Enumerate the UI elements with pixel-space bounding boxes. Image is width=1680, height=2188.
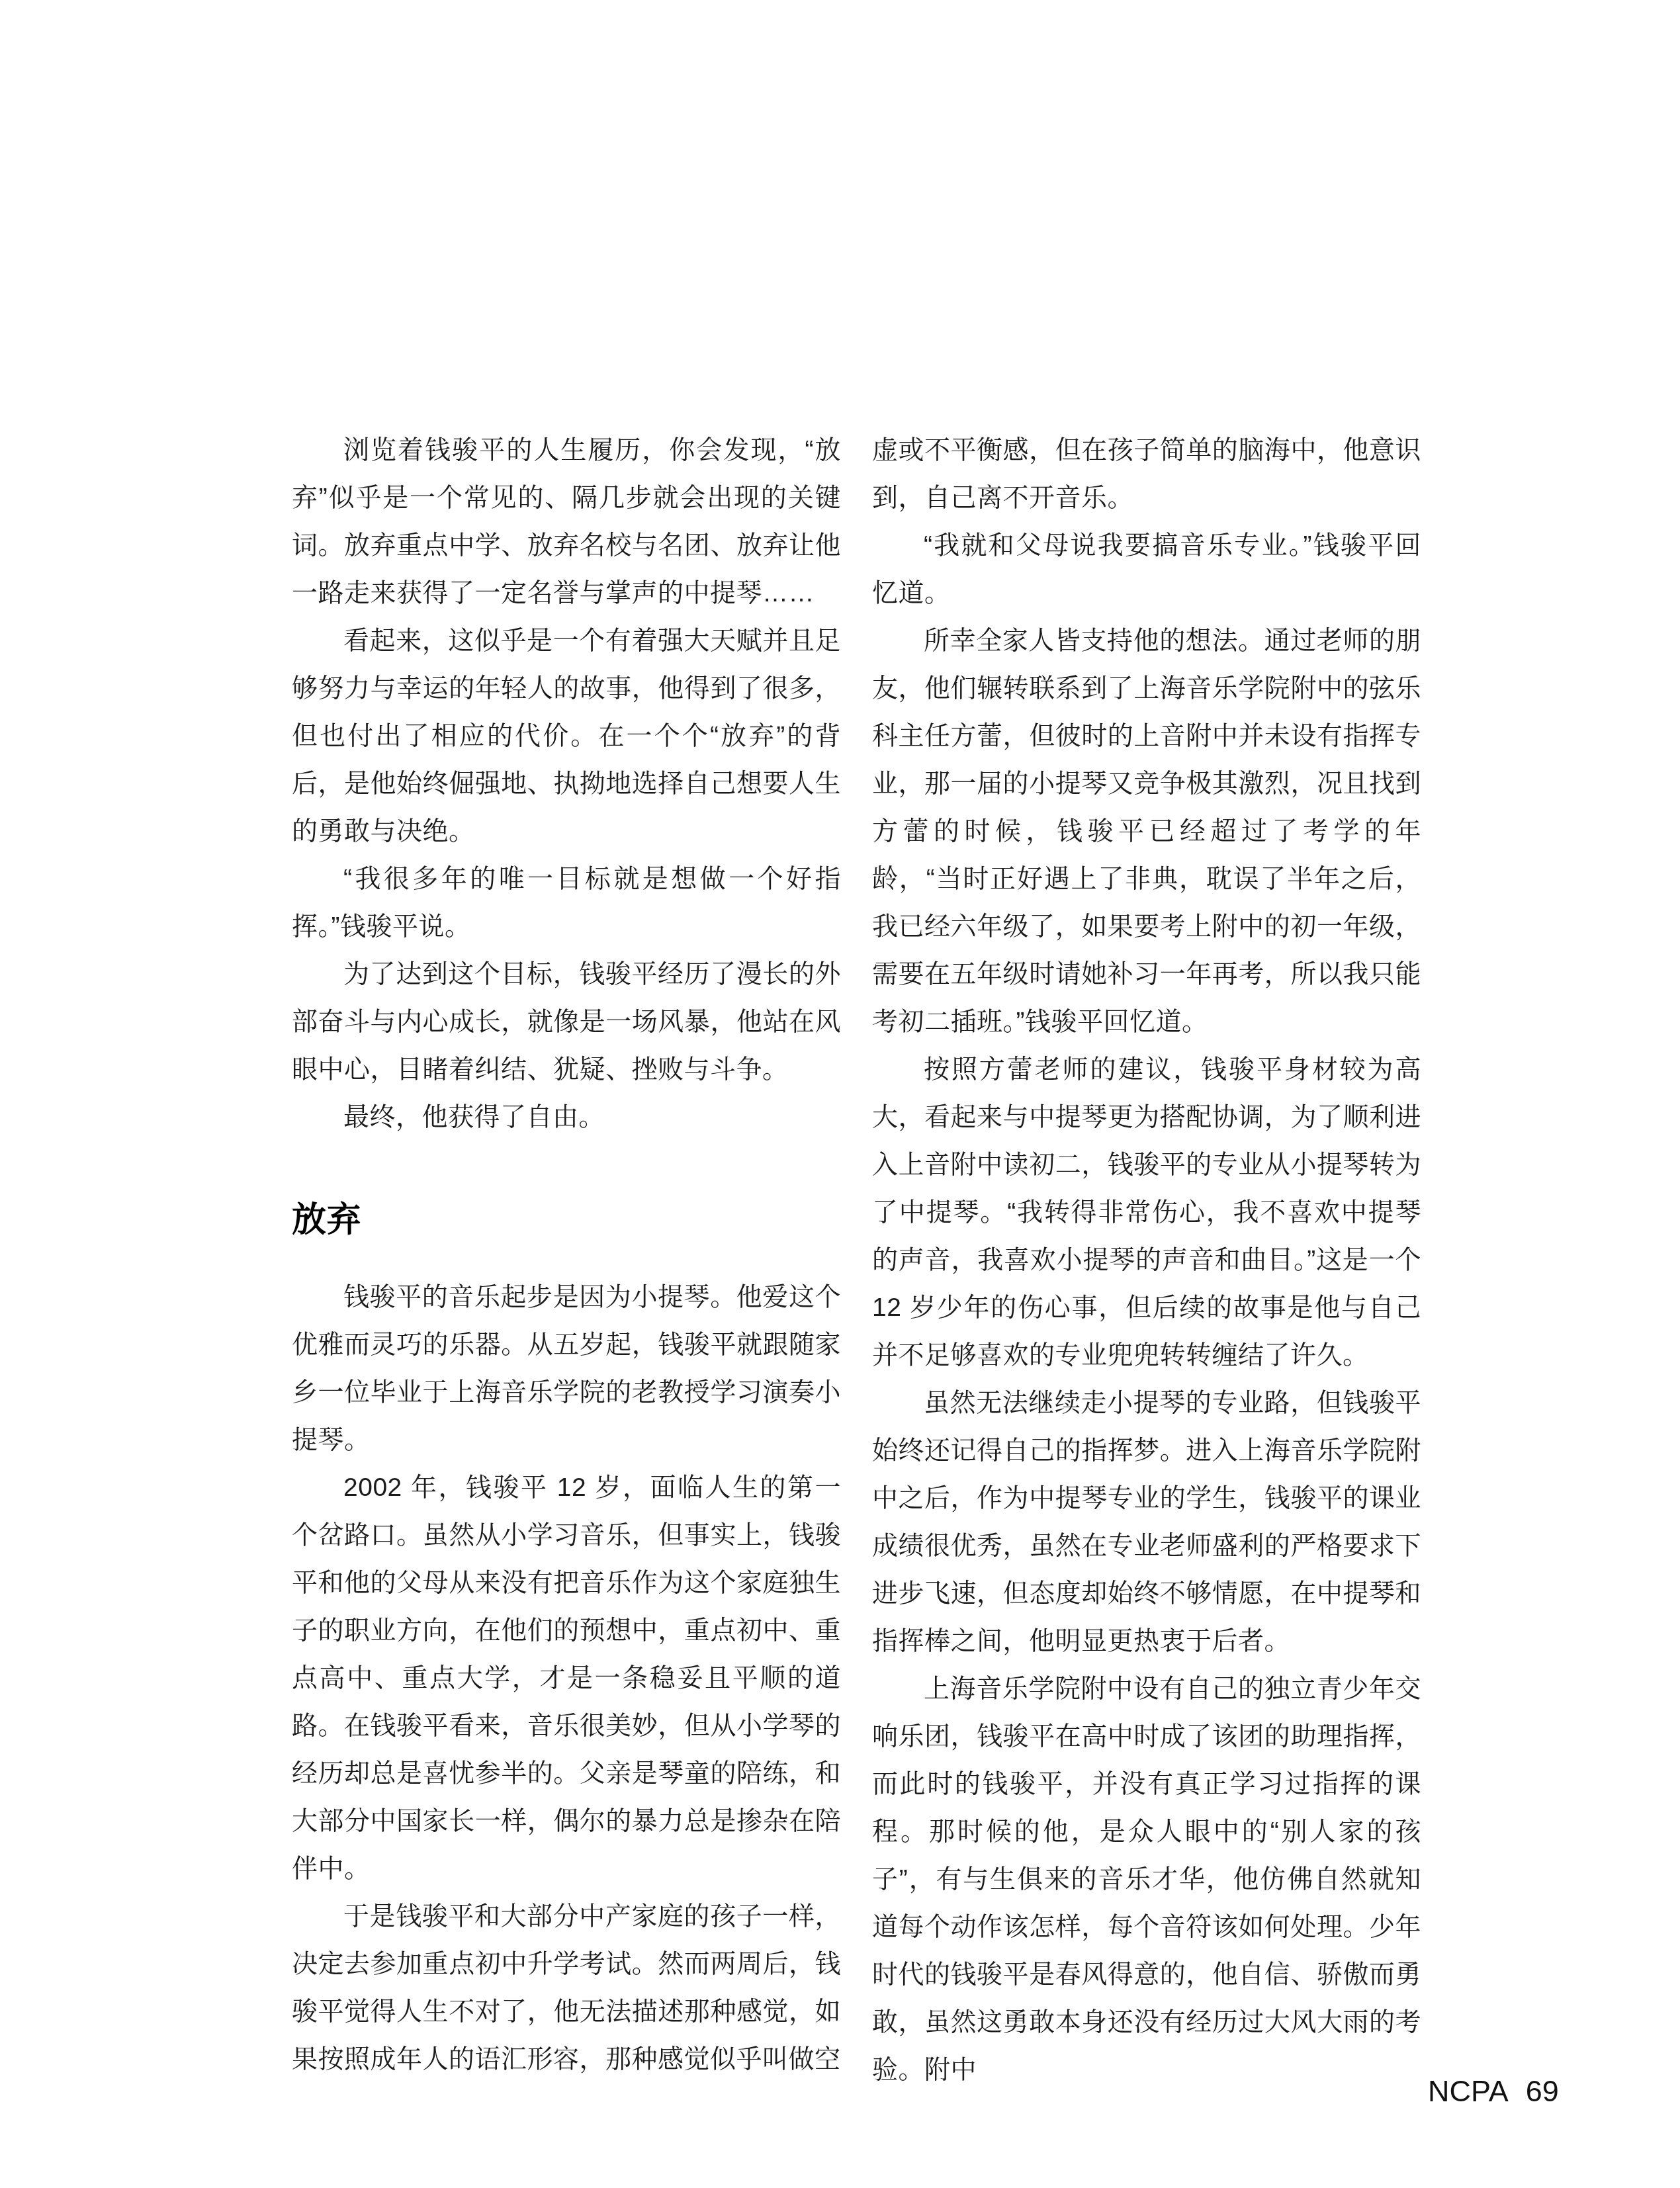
paragraph: 所幸全家人皆支持他的想法。通过老师的朋友，他们辗转联系到了上海音乐学院附中的弦乐… [872, 617, 1421, 1046]
paragraph: 看起来，这似乎是一个有着强大天赋并且足够努力与幸运的年轻人的故事，他得到了很多，… [292, 617, 841, 855]
page-footer: NCPA69 [1428, 2075, 1559, 2108]
paragraph-continuation: 虚或不平衡感，但在孩子简单的脑海中，他意识到，自己离不开音乐。 [872, 427, 1421, 522]
paragraph: 上海音乐学院附中设有自己的独立青少年交响乐团，钱骏平在高中时成了该团的助理指挥，… [872, 1665, 1421, 2094]
journal-brand-label: NCPA [1428, 2074, 1509, 2108]
paragraph: 钱骏平的音乐起步是因为小提琴。他爱这个优雅而灵巧的乐器。从五岁起，钱骏平就跟随家… [292, 1274, 841, 1464]
paragraph: 2002 年，钱骏平 12 岁，面临人生的第一个岔路口。虽然从小学习音乐，但事实… [292, 1464, 841, 1893]
paragraph: 最终，他获得了自由。 [292, 1094, 841, 1141]
paragraph: 按照方蕾老师的建议，钱骏平身材较为高大，看起来与中提琴更为搭配协调，为了顺利进入… [872, 1046, 1421, 1379]
page-number: 69 [1526, 2074, 1559, 2108]
paragraph: 于是钱骏平和大部分中产家庭的孩子一样，决定去参加重点初中升学考试。然而两周后，钱… [292, 1893, 841, 2083]
paragraph: 虽然无法继续走小提琴的专业路，但钱骏平始终还记得自己的指挥梦。进入上海音乐学院附… [872, 1379, 1421, 1665]
paragraph: 浏览着钱骏平的人生履历，你会发现，“放弃”似乎是一个常见的、隔几步就会出现的关键… [292, 427, 841, 617]
paragraph: 为了达到这个目标，钱骏平经历了漫长的外部奋斗与内心成长，就像是一场风暴，他站在风… [292, 951, 841, 1094]
article-column-left: 浏览着钱骏平的人生履历，你会发现，“放弃”似乎是一个常见的、隔几步就会出现的关键… [292, 427, 841, 2083]
paragraph: “我很多年的唯一目标就是想做一个好指挥。”钱骏平说。 [292, 855, 841, 951]
article-column-right: 虚或不平衡感，但在孩子简单的脑海中，他意识到，自己离不开音乐。 “我就和父母说我… [872, 427, 1421, 2094]
magazine-page: 浏览着钱骏平的人生履历，你会发现，“放弃”似乎是一个常见的、隔几步就会出现的关键… [0, 0, 1680, 2188]
paragraph: “我就和父母说我要搞音乐专业。”钱骏平回忆道。 [872, 522, 1421, 617]
section-heading: 放弃 [292, 1200, 841, 1241]
